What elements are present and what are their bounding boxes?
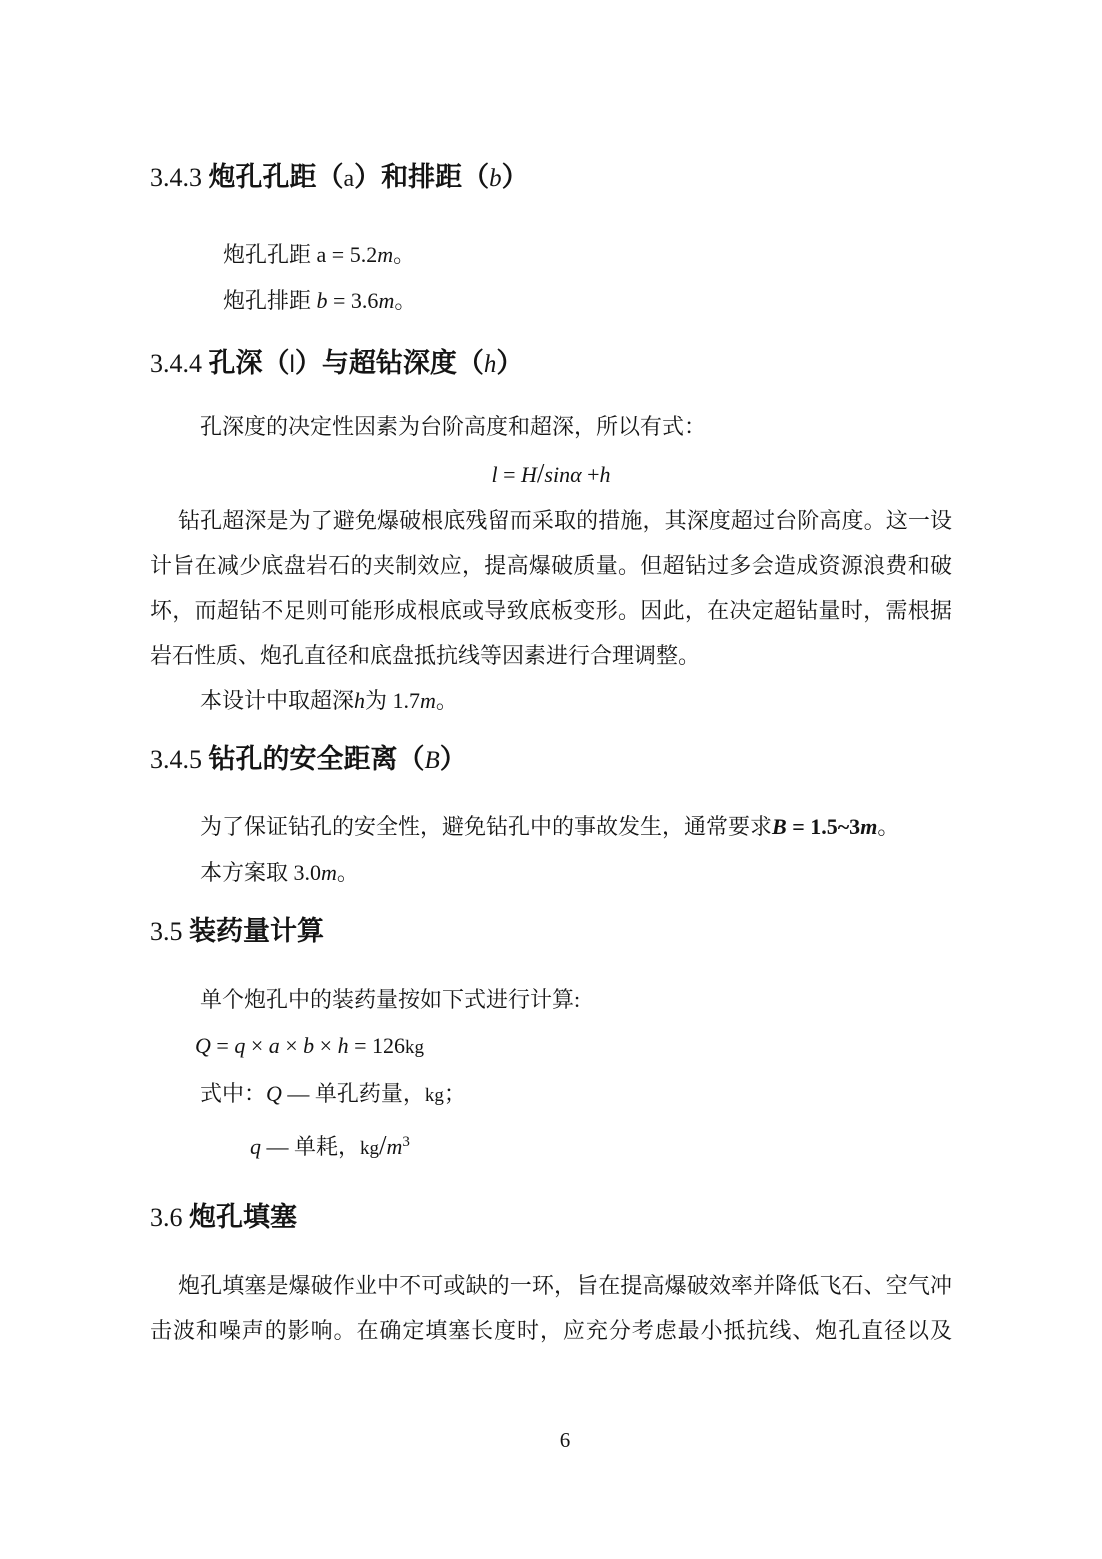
text-run: 炮孔填塞 [189, 1202, 297, 1232]
text-run: m [378, 288, 394, 313]
text-run: h [354, 688, 365, 713]
formula-charge-quantity: Q = q × a × b × h = 126kg [150, 1023, 952, 1071]
text-run: h [484, 351, 497, 378]
text-run: / [379, 1130, 387, 1160]
definition-q-charge: 式中：Q — 单孔药量，kg； [150, 1071, 952, 1119]
text-run: = 126 [349, 1033, 405, 1058]
text-run: m [420, 688, 436, 713]
page-number: 6 [150, 1428, 980, 1453]
text-run: = 1.5~3 [787, 814, 860, 839]
text-run: ） [502, 162, 529, 192]
spec-line-row-spacing: 炮孔排距 b = 3.6m。 [150, 278, 952, 324]
text-run: 本设计中取超深 [200, 688, 354, 713]
text-run: Q [266, 1081, 282, 1106]
paragraph-overdrill: 钻孔超深是为了避免爆破根底残留而采取的措施，其深度超过台阶高度。这一设计旨在减少… [150, 498, 952, 678]
text-run: 3.0 [294, 860, 322, 885]
document-page: 3.4.3 炮孔孔距（a）和排距（b） 炮孔孔距 a = 5.2m。 炮孔排距 … [0, 0, 1102, 1559]
spec-line-hole-spacing: 炮孔孔距 a = 5.2m。 [150, 232, 952, 278]
text-run: kg [425, 1085, 444, 1106]
text-run: 3.4.5 [150, 745, 209, 774]
text-run: 装药量计算 [189, 916, 324, 946]
text-run: × [280, 1033, 303, 1058]
text-run: = [498, 462, 521, 487]
text-run: h [600, 462, 611, 487]
text-run: a [269, 1033, 280, 1058]
text-run: 3 [402, 1134, 410, 1150]
text-run: 单个炮孔中的装药量按如下式进行计算: [200, 987, 580, 1012]
text-run: 1.7 [393, 688, 421, 713]
statement-hole-depth-intro: 孔深度的决定性因素为台阶高度和超深，所以有式： [150, 404, 952, 450]
text-run: + [582, 462, 600, 487]
text-run: 炮孔排距 [223, 288, 317, 313]
text-run: — 单耗， [261, 1134, 360, 1159]
text-run: 3.5 [150, 917, 189, 946]
statement-safety-value: 本方案取 3.0m。 [150, 850, 952, 896]
text-run: sinα [544, 462, 581, 487]
paragraph-stemming: 炮孔填塞是爆破作业中不可或缺的一环，旨在提高爆破效率并降低飞石、空气冲击波和噪声… [150, 1263, 952, 1353]
text-run: 炮孔填塞是爆破作业中不可或缺的一环，旨在提高爆破效率并降低飞石、空气冲击波和噪声… [150, 1273, 952, 1343]
definition-q-unit-consumption: q — 单耗，kg/m3 [150, 1119, 952, 1172]
section-heading-3-4-4: 3.4.4 孔深（l）与超钻深度（h） [150, 346, 952, 382]
text-run: 为了保证钻孔的安全性，避免钻孔中的事故发生，通常要求 [200, 814, 772, 839]
text-run: 式中： [200, 1081, 266, 1106]
text-run: 。 [394, 288, 416, 313]
section-heading-3-5: 3.5 装药量计算 [150, 914, 952, 949]
text-run: q [250, 1134, 261, 1159]
text-run: m [387, 1134, 403, 1159]
section-heading-3-4-5: 3.4.5 钻孔的安全距离（B） [150, 742, 952, 778]
text-run: 3.6 [150, 1203, 189, 1232]
text-run: 。 [877, 814, 899, 839]
text-run: 炮孔孔距（ [209, 162, 344, 192]
text-run: b [303, 1033, 314, 1058]
text-run: 。 [337, 860, 359, 885]
text-run: 。 [436, 688, 458, 713]
text-run: 3.4.4 [150, 349, 209, 378]
text-run: a = 5.2 [317, 242, 378, 267]
text-run: 本方案取 [200, 860, 294, 885]
text-run: 钻孔超深是为了避免爆破根底残留而采取的措施，其深度超过台阶高度。这一设计旨在减少… [150, 508, 952, 668]
text-run: 孔深（ [209, 348, 290, 378]
text-run: m [377, 242, 393, 267]
text-run: m [321, 860, 337, 885]
text-run: ； [444, 1081, 466, 1106]
text-run: a [344, 166, 355, 192]
text-run: ）与超钻深度（ [295, 348, 484, 378]
statement-overdrill-value: 本设计中取超深h为 1.7m。 [150, 678, 952, 724]
text-run: 。 [393, 242, 415, 267]
formula-hole-depth: l = H/sinα +h [150, 450, 952, 498]
text-run: × [245, 1033, 268, 1058]
text-run: 钻孔的安全距离（ [209, 744, 425, 774]
statement-charge-intro: 单个炮孔中的装药量按如下式进行计算: [150, 977, 952, 1023]
text-run: ）和排距（ [354, 162, 489, 192]
text-run: ） [440, 744, 467, 774]
text-run: = 3.6 [328, 288, 379, 313]
text-run: 为 [365, 688, 393, 713]
text-run: B [772, 814, 787, 839]
text-run: kg [360, 1138, 379, 1159]
section-heading-3-4-3: 3.4.3 炮孔孔距（a）和排距（b） [150, 160, 952, 196]
text-run: H [521, 462, 537, 487]
text-run: b [317, 288, 328, 313]
text-run: q [234, 1033, 245, 1058]
text-run: h [338, 1033, 349, 1058]
text-run: Q [195, 1033, 211, 1058]
text-run: 3.4.3 [150, 163, 209, 192]
text-run: 孔深度的决定性因素为台阶高度和超深，所以有式： [200, 414, 706, 439]
text-run: B [425, 747, 440, 774]
text-run: 炮孔孔距 [223, 242, 317, 267]
text-run: b [489, 165, 502, 192]
text-run: — 单孔药量， [282, 1081, 425, 1106]
text-run: m [860, 814, 877, 839]
section-heading-3-6: 3.6 炮孔填塞 [150, 1200, 952, 1235]
text-run: ） [496, 348, 523, 378]
text-run: × [314, 1033, 337, 1058]
text-run: = [211, 1033, 234, 1058]
text-run: kg [405, 1037, 424, 1058]
statement-safety-distance: 为了保证钻孔的安全性，避免钻孔中的事故发生，通常要求B = 1.5~3m。 [150, 804, 952, 850]
